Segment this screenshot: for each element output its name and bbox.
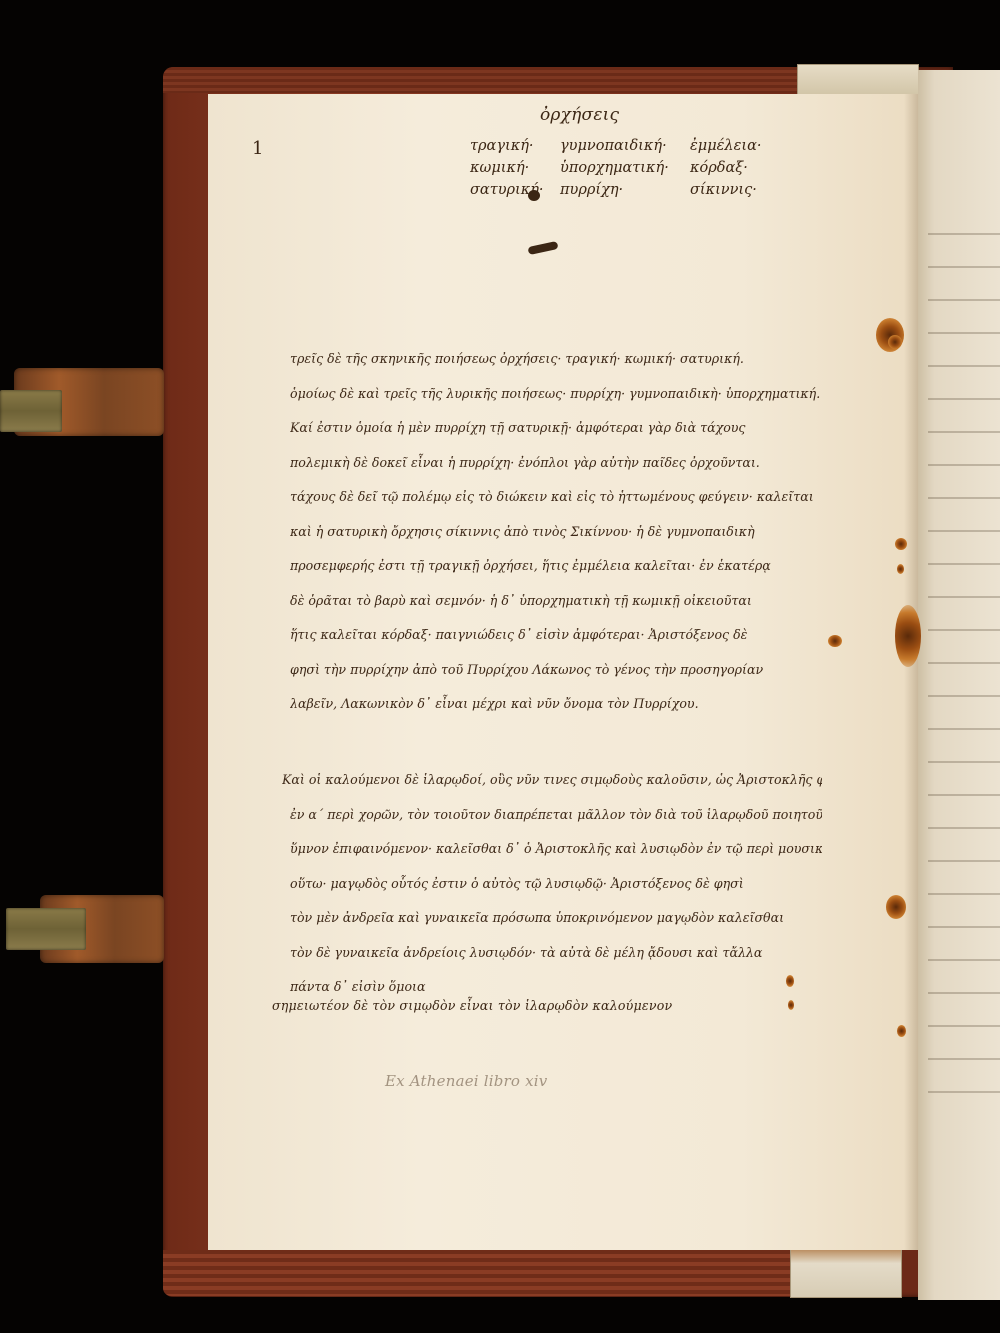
dance-type-cell: κωμική· xyxy=(470,160,560,176)
text-line: Καί ἐστιν ὁμοία ἡ μὲν πυρρίχη τῇ σατυρικ… xyxy=(290,411,830,446)
text-line: ὕμνον ἐπιφαινόμενον· καλεῖσθαι δ᾽ ὁ Ἀρισ… xyxy=(282,832,822,867)
rust-stain xyxy=(888,335,902,349)
facing-page-faded-text xyxy=(928,215,1000,1115)
dance-type-cell: πυρρίχη· xyxy=(560,182,690,198)
rust-stain xyxy=(897,1025,906,1037)
dance-types-table: τραγική· γυμνοπαιδική· ἐμμέλεια· κωμική·… xyxy=(470,138,790,198)
text-line: ὁμοίως δὲ καὶ τρεῖς τῆς λυρικῆς ποιήσεως… xyxy=(290,377,830,412)
text-line: οὕτω· μαγῳδὸς οὗτός ἐστιν ὁ αὐτὸς τῷ λυσ… xyxy=(282,867,822,902)
text-line: φησὶ τὴν πυρρίχην ἀπὸ τοῦ Πυρρίχου Λάκων… xyxy=(290,653,830,688)
text-line: τὸν δὲ γυναικεῖα ἀνδρείοις λυσιῳδόν· τὰ … xyxy=(282,936,822,971)
later-annotation: Ex Athenaei libro xiv xyxy=(385,1072,547,1090)
rust-stain xyxy=(886,895,906,919)
text-line: τάχους δὲ δεῖ τῷ πολέμῳ εἰς τὸ διώκειν κ… xyxy=(290,480,830,515)
text-line: τὸν μὲν ἀνδρεῖα καὶ γυναικεῖα πρόσωπα ὑπ… xyxy=(282,901,822,936)
rust-stain xyxy=(788,1000,794,1010)
dance-type-cell: σατυρική· xyxy=(470,182,560,198)
closing-line: σημειωτέον δὲ τὸν σιμῳδὸν εἶναι τὸν ἱλαρ… xyxy=(272,998,672,1013)
folio-number: 1 xyxy=(252,138,264,159)
text-line: καὶ ἡ σατυρικὴ ὄρχησις σίκιννις ἀπὸ τινὸ… xyxy=(290,515,830,550)
ink-hole-mark xyxy=(528,190,540,201)
rust-stain xyxy=(895,605,921,667)
dance-type-cell: ὑπορχηματική· xyxy=(560,160,690,176)
text-line: Καὶ οἱ καλούμενοι δὲ ἱλαρῳδοί, οὓς νῦν τ… xyxy=(282,763,822,798)
page-heading: ὀρχήσεις xyxy=(540,105,619,125)
brass-clasp-upper-icon xyxy=(0,390,62,432)
rust-stain xyxy=(828,635,842,647)
rust-stain xyxy=(786,975,794,987)
text-line: πολεμικὴ δὲ δοκεῖ εἶναι ἡ πυρρίχη· ἐνόπλ… xyxy=(290,446,830,481)
paragraph-2: Καὶ οἱ καλούμενοι δὲ ἱλαρῳδοί, οὓς νῦν τ… xyxy=(282,763,822,1005)
text-line: προσεμφερής ἐστι τῇ τραγικῇ ὀρχήσει, ἥτι… xyxy=(290,549,830,584)
brass-clasp-lower-icon xyxy=(6,908,86,950)
vellum-spine-tab-bottom xyxy=(790,1248,902,1298)
dance-type-cell: γυμνοπαιδική· xyxy=(560,138,690,154)
dance-type-cell: ἐμμέλεια· xyxy=(690,138,790,154)
dance-type-cell: τραγική· xyxy=(470,138,560,154)
paragraph-1: τρεῖς δὲ τῆς σκηνικῆς ποιήσεως ὀρχήσεις·… xyxy=(290,342,830,722)
page-gutter-crease xyxy=(904,94,918,1250)
dance-type-cell: κόρδαξ· xyxy=(690,160,790,176)
text-line: ἐν α´ περὶ χορῶν, τὸν τοιοῦτον διαπρέπετ… xyxy=(282,798,822,833)
dance-type-cell: σίκιννις· xyxy=(690,182,790,198)
cover-top-edge xyxy=(163,67,803,93)
text-line: τρεῖς δὲ τῆς σκηνικῆς ποιήσεως ὀρχήσεις·… xyxy=(290,342,830,377)
cover-bottom-edge xyxy=(163,1250,793,1296)
text-line: δὲ ὁρᾶται τὸ βαρὺ καὶ σεμνόν· ἡ δ᾽ ὑπορχ… xyxy=(290,584,830,619)
text-line: λαβεῖν, Λακωνικὸν δ᾽ εἶναι μέχρι καὶ νῦν… xyxy=(290,687,830,722)
rust-stain xyxy=(895,538,907,550)
rust-stain xyxy=(897,564,904,574)
text-line: ἥτις καλεῖται κόρδαξ· παιγνιώδεις δ᾽ εἰσ… xyxy=(290,618,830,653)
